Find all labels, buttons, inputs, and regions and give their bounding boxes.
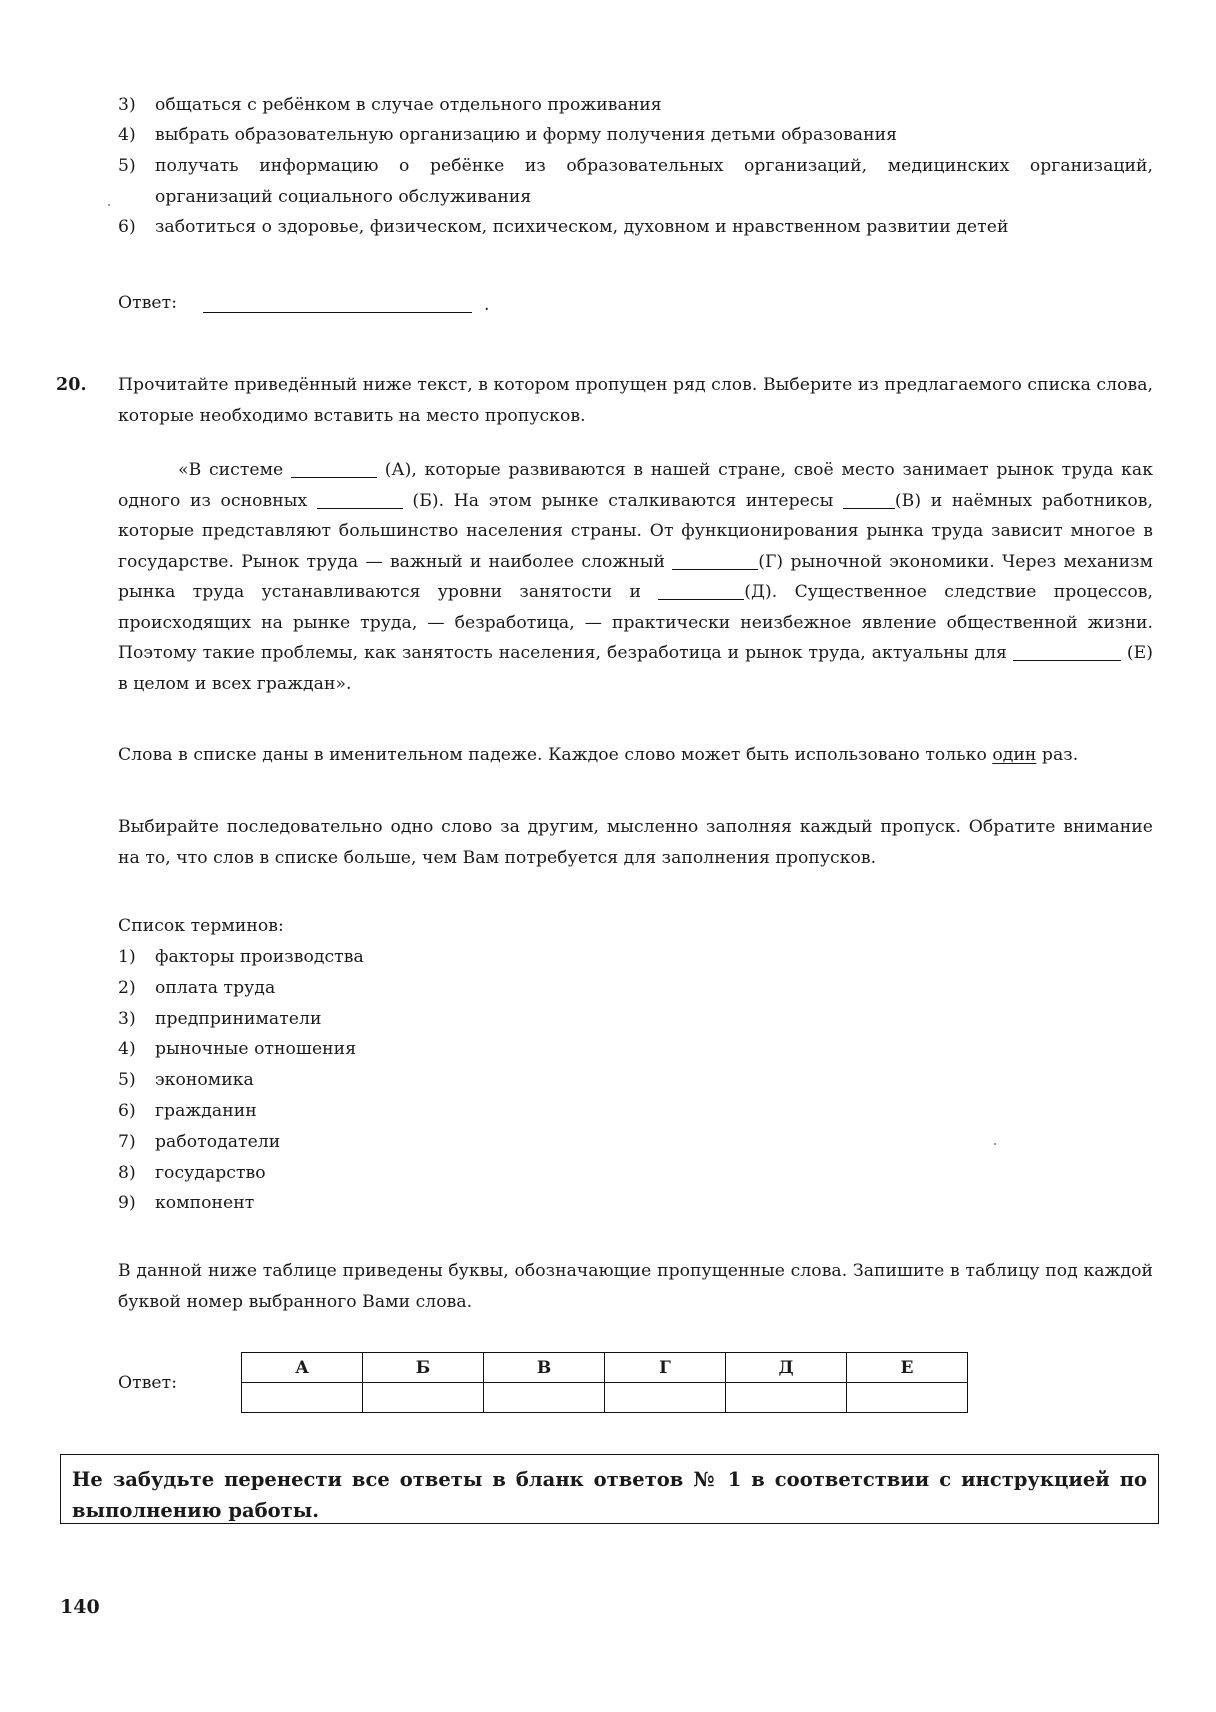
answer-cell-g[interactable] [605,1383,726,1413]
letter-g: Г [605,1353,726,1383]
option-item: 4) выбрать образовательную организацию и… [118,120,1153,151]
blank-d [658,582,744,600]
table-instruction: В данной ниже таблице приведены буквы, о… [118,1256,1153,1317]
term-text: оплата труда [155,978,275,998]
term-text: экономика [155,1070,254,1090]
underlined-word: один [992,745,1036,765]
blank-v [843,490,895,508]
term-item: 4)рыночные отношения [118,1034,364,1065]
exam-page: 3) общаться с ребёнком в случае отдельно… [0,0,1216,1712]
term-number: 7) [118,1127,155,1158]
option-item: 5) получать информацию о ребёнке из обра… [118,151,1153,212]
answer-table: А Б В Г Д Е [241,1352,968,1413]
note-sequence: Выбирайте последовательно одно слово за … [118,812,1153,873]
term-text: работодатели [155,1132,280,1152]
term-number: 1) [118,942,155,973]
option-text: общаться с ребёнком в случае отдельного … [155,90,1153,121]
term-item: 3)предприниматели [118,1004,364,1035]
letter-a: А [242,1353,363,1383]
term-number: 9) [118,1188,155,1219]
note-case: Слова в списке даны в именительном падеж… [118,740,1153,771]
task-instruction: Прочитайте приведённый ниже текст, в кот… [118,370,1153,431]
option-item: 6) заботиться о здоровье, физическом, пс… [118,212,1153,243]
option-number: 3) [118,90,154,121]
passage: «В системе (А), которые развиваются в на… [118,455,1153,699]
answer-period: . [484,290,490,321]
blank-b [317,490,403,508]
passage-text: «В системе [178,460,291,480]
term-number: 6) [118,1096,155,1127]
answer-cell-v[interactable] [484,1383,605,1413]
answer-input-line[interactable] [203,312,472,313]
term-item: 1)факторы производства [118,942,364,973]
letter-v: В [484,1353,605,1383]
answer-cell-a[interactable] [242,1383,363,1413]
option-item: 3) общаться с ребёнком в случае отдельно… [118,90,1153,121]
answer-label: Ответ: [118,288,177,319]
letter-b: Б [363,1353,484,1383]
terms-list: 1)факторы производства 2)оплата труда 3)… [118,942,364,1219]
term-item: 9)компонент [118,1188,364,1219]
term-item: 8)государство [118,1158,364,1189]
terms-heading: Список терминов: [118,911,284,942]
term-item: 7)работодатели [118,1127,364,1158]
option-text: получать информацию о ребёнке из образов… [155,151,1153,212]
letter-d: Д [726,1353,847,1383]
option-number: 6) [118,212,154,243]
term-text: гражданин [155,1101,257,1121]
scan-speck [108,204,110,206]
page-number: 140 [60,1596,100,1618]
term-text: компонент [155,1193,254,1213]
option-text: заботиться о здоровье, физическом, психи… [155,212,1153,243]
note-text: раз. [1036,745,1078,765]
answer-cell-d[interactable] [726,1383,847,1413]
answer-cell-b[interactable] [363,1383,484,1413]
task-number: 20. [56,370,87,401]
option-number: 4) [118,120,154,151]
term-text: государство [155,1163,266,1183]
term-item: 2)оплата труда [118,973,364,1004]
term-item: 6)гражданин [118,1096,364,1127]
note-text: Слова в списке даны в именительном падеж… [118,745,992,765]
option-number: 5) [118,151,154,182]
term-text: факторы производства [155,947,364,967]
term-number: 8) [118,1158,155,1189]
blank-a [291,460,377,478]
term-text: рыночные отношения [155,1039,356,1059]
blank-g [672,551,758,569]
term-number: 5) [118,1065,155,1096]
answer-table-inputs [242,1383,968,1413]
blank-e [1013,643,1121,661]
scan-speck [994,1143,996,1145]
term-item: 5)экономика [118,1065,364,1096]
term-text: предприниматели [155,1009,321,1029]
answer-cell-e[interactable] [847,1383,968,1413]
term-number: 4) [118,1034,155,1065]
transfer-answers-notice: Не забудьте перенести все ответы в бланк… [60,1454,1159,1524]
term-number: 3) [118,1004,155,1035]
answer-table-header: А Б В Г Д Е [242,1353,968,1383]
term-number: 2) [118,973,155,1004]
option-text: выбрать образовательную организацию и фо… [155,120,1153,151]
answer-table-label: Ответ: [118,1368,177,1399]
letter-e: Е [847,1353,968,1383]
passage-text: (Б). На этом рынке сталкиваются интересы [403,491,843,511]
